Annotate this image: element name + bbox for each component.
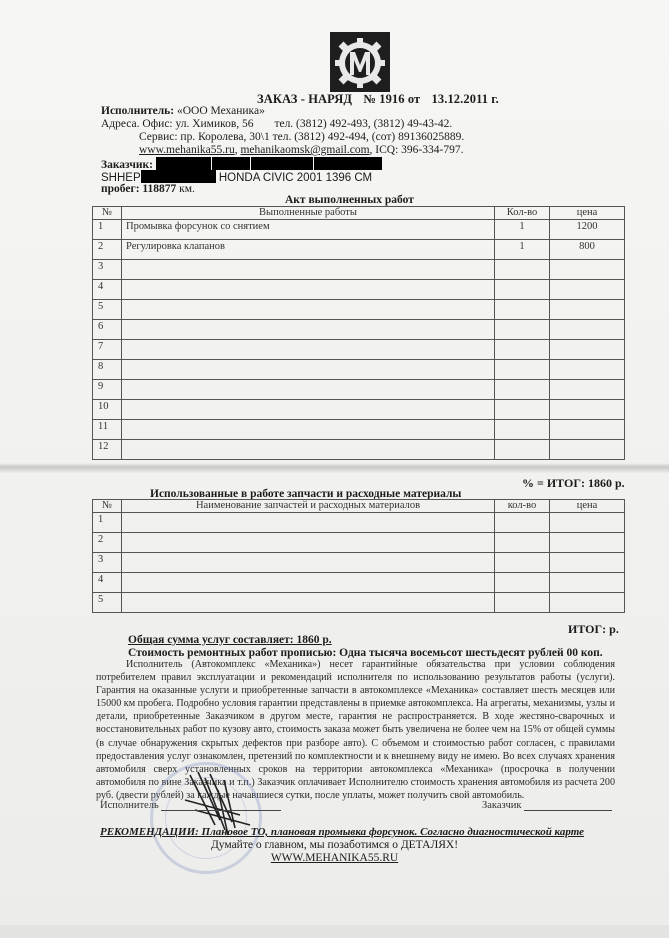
row-price: [550, 360, 625, 380]
table-row: 4: [93, 573, 625, 593]
col-work-name: Выполненные работы: [122, 207, 495, 220]
recommendations: РЕКОМЕНДАЦИИ: Плановое ТО, плановая пром…: [100, 826, 584, 838]
vehicle-line: SHHEP HONDA CIVIC 2001 1396 СМ: [101, 170, 372, 184]
order-number: № 1916 от: [363, 92, 420, 106]
col-price: цена: [550, 500, 625, 513]
email-link[interactable]: mehanikaomsk@gmail.com: [240, 144, 369, 156]
row-name: [122, 320, 495, 340]
row-number: 1: [93, 220, 122, 240]
row-price: [550, 513, 625, 533]
table-row: 1: [93, 513, 625, 533]
row-name: [122, 260, 495, 280]
row-qty: [495, 533, 550, 553]
row-price: [550, 300, 625, 320]
row-qty: [495, 513, 550, 533]
row-number: 2: [93, 533, 122, 553]
vehicle-model: HONDA CIVIC 2001 1396 СМ: [219, 172, 372, 184]
table-row: 4: [93, 280, 625, 300]
row-name: [122, 300, 495, 320]
office-address: Офис: ул. Химиков, 56: [142, 118, 253, 130]
address-label: Адреса.: [101, 118, 140, 130]
row-price: [550, 320, 625, 340]
row-price: 1200: [550, 220, 625, 240]
row-qty: [495, 420, 550, 440]
row-price: [550, 400, 625, 420]
contractor-label: Исполнитель:: [101, 105, 174, 117]
row-name: [122, 553, 495, 573]
row-number: 4: [93, 280, 122, 300]
table-row: 6: [93, 320, 625, 340]
row-number: 10: [93, 400, 122, 420]
row-name: [122, 340, 495, 360]
row-number: 3: [93, 260, 122, 280]
service-address: Сервис: пр. Королева, 30\1 тел. (3812) 4…: [139, 131, 464, 143]
row-qty: [495, 440, 550, 460]
row-price: [550, 380, 625, 400]
row-price: [550, 573, 625, 593]
row-qty: [495, 553, 550, 573]
row-number: 1: [93, 513, 122, 533]
table-row: 8: [93, 360, 625, 380]
row-qty: [495, 260, 550, 280]
icq-number: ICQ: 396-334-797.: [375, 144, 463, 156]
row-qty: 1: [495, 240, 550, 260]
row-qty: [495, 400, 550, 420]
table-row: 9: [93, 380, 625, 400]
table-row: 7: [93, 340, 625, 360]
parts-table: № Наименование запчастей и расходных мат…: [92, 499, 625, 613]
row-qty: [495, 593, 550, 613]
col-number: №: [93, 207, 122, 220]
redaction-bar: [251, 157, 313, 170]
row-price: [550, 280, 625, 300]
row-qty: [495, 340, 550, 360]
contractor-line: Исполнитель: «ООО Механика»: [101, 105, 265, 117]
works-table: № Выполненные работы Кол-во цена 1Промыв…: [92, 206, 625, 460]
row-qty: [495, 320, 550, 340]
table-row: 2Регулировка клапанов1800: [93, 240, 625, 260]
row-name: [122, 360, 495, 380]
works-total: % = ИТОГ: 1860 р.: [522, 476, 625, 491]
customer-signature-label: Заказчик: [482, 800, 521, 811]
row-name: [122, 573, 495, 593]
mileage-value: 118877: [142, 183, 176, 195]
row-name: [122, 400, 495, 420]
row-number: 5: [93, 593, 122, 613]
office-address-line: Адреса. Офис: ул. Химиков, 56 тел. (3812…: [101, 118, 452, 130]
scan-edge: [0, 925, 669, 938]
table-row: 2: [93, 533, 625, 553]
table-row: 3: [93, 553, 625, 573]
row-name: [122, 593, 495, 613]
row-name: [122, 380, 495, 400]
col-qty: Кол-во: [495, 207, 550, 220]
paper-fold: [0, 463, 669, 473]
row-number: 3: [93, 553, 122, 573]
customer-signature-line[interactable]: [524, 810, 612, 811]
row-price: [550, 340, 625, 360]
office-phones: тел. (3812) 492-493, (3812) 49-43-42.: [274, 118, 452, 130]
order-title-prefix: ЗАКАЗ - НАРЯД: [257, 92, 352, 106]
row-price: [550, 260, 625, 280]
footer-website-link[interactable]: WWW.MEHANIKA55.RU: [0, 852, 669, 864]
customer-line: Заказчик:: [101, 157, 382, 171]
redaction-bar: [141, 170, 216, 183]
slogan: Думайте о главном, мы позаботимся о ДЕТА…: [0, 839, 669, 851]
row-qty: [495, 380, 550, 400]
company-logo-gear-icon: [330, 32, 390, 92]
row-name: [122, 420, 495, 440]
mileage-line: пробег: 118877 км.: [101, 183, 195, 195]
row-price: [550, 533, 625, 553]
contractor-name: «ООО Механика»: [177, 105, 265, 117]
col-part-name: Наименование запчастей и расходных матер…: [122, 500, 495, 513]
contractor-signature-label: Исполнитель: [100, 800, 159, 811]
row-name: Промывка форсунок со снятием: [122, 220, 495, 240]
redaction-bar: [212, 157, 250, 170]
row-name: [122, 533, 495, 553]
parts-total: ИТОГ: р.: [568, 622, 619, 637]
row-qty: [495, 280, 550, 300]
contractor-signature-field: Исполнитель: [100, 800, 281, 811]
mileage-label: пробег:: [101, 183, 140, 195]
contractor-signature-line[interactable]: [161, 810, 281, 811]
works-header-row: № Выполненные работы Кол-во цена: [93, 207, 625, 220]
order-date: 13.12.2011 г.: [432, 92, 499, 106]
customer-signature-field: Заказчик: [482, 800, 612, 811]
row-number: 8: [93, 360, 122, 380]
row-number: 2: [93, 240, 122, 260]
row-name: [122, 513, 495, 533]
row-qty: [495, 300, 550, 320]
table-row: 12: [93, 440, 625, 460]
works-table-title: Акт выполненных работ: [285, 194, 414, 206]
row-name: [122, 280, 495, 300]
row-number: 7: [93, 340, 122, 360]
row-number: 4: [93, 573, 122, 593]
row-qty: [495, 360, 550, 380]
table-row: 10: [93, 400, 625, 420]
redaction-bar: [156, 157, 211, 170]
table-row: 5: [93, 300, 625, 320]
redaction-bar: [314, 157, 382, 170]
row-price: 800: [550, 240, 625, 260]
row-number: 11: [93, 420, 122, 440]
parts-header-row: № Наименование запчастей и расходных мат…: [93, 500, 625, 513]
col-price: цена: [550, 207, 625, 220]
row-number: 6: [93, 320, 122, 340]
row-name: Регулировка клапанов: [122, 240, 495, 260]
col-qty: кол-во: [495, 500, 550, 513]
table-row: 11: [93, 420, 625, 440]
website-link[interactable]: www.mehanika55.ru: [139, 144, 235, 156]
row-qty: 1: [495, 220, 550, 240]
row-number: 5: [93, 300, 122, 320]
row-name: [122, 440, 495, 460]
table-row: 1Промывка форсунок со снятием11200: [93, 220, 625, 240]
scanned-page: ЗАКАЗ - НАРЯД № 1916 от 13.12.2011 г. Ис…: [0, 0, 669, 938]
row-price: [550, 553, 625, 573]
row-price: [550, 593, 625, 613]
row-number: 9: [93, 380, 122, 400]
total-services: Общая сумма услуг составляет: 1860 р.: [128, 634, 332, 646]
table-row: 5: [93, 593, 625, 613]
order-title: ЗАКАЗ - НАРЯД № 1916 от 13.12.2011 г.: [257, 92, 507, 107]
col-number: №: [93, 500, 122, 513]
mileage-unit: км.: [179, 183, 195, 195]
row-price: [550, 440, 625, 460]
row-qty: [495, 573, 550, 593]
row-number: 12: [93, 440, 122, 460]
row-price: [550, 420, 625, 440]
table-row: 3: [93, 260, 625, 280]
contacts-line: www.mehanika55.ru, mehanikaomsk@gmail.co…: [139, 144, 463, 156]
